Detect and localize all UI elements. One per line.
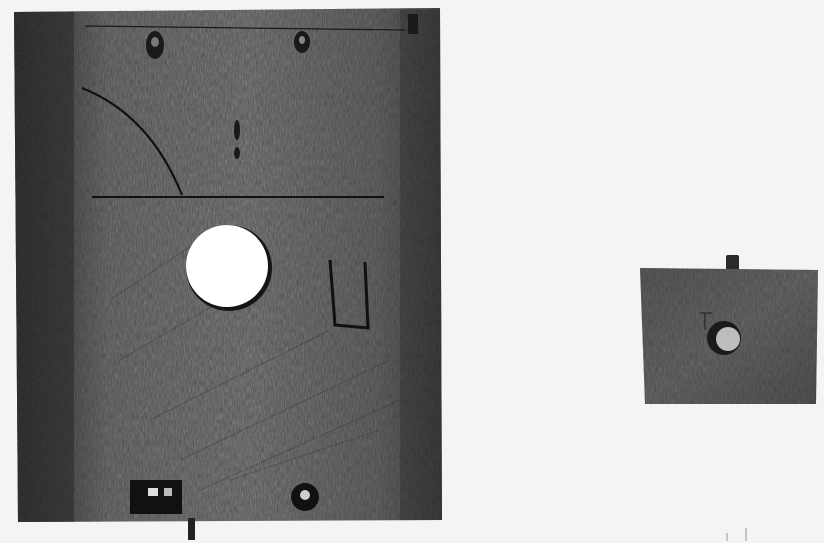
bottom-peg xyxy=(188,518,195,540)
large-wooden-panel xyxy=(0,0,450,540)
top-peg xyxy=(726,255,739,271)
photo-canvas xyxy=(0,0,824,543)
round-hole xyxy=(186,225,268,307)
small-hole xyxy=(716,327,740,351)
photograph xyxy=(0,0,824,543)
bottom-mark xyxy=(130,480,182,514)
small-wooden-block xyxy=(630,255,824,410)
faint-marks xyxy=(727,528,746,541)
nail-mark xyxy=(408,14,418,34)
